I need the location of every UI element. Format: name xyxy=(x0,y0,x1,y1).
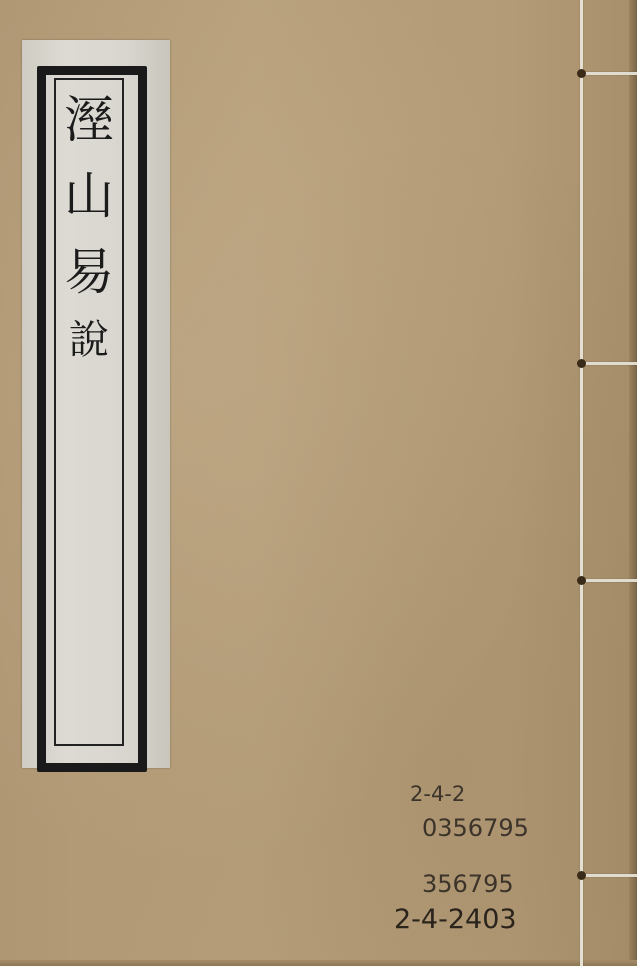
binding-thread-1 xyxy=(582,72,637,75)
stitch-hole-2 xyxy=(577,359,586,368)
title-char-4: 說 xyxy=(69,310,109,370)
title-char-1: 溼 xyxy=(64,82,114,158)
cover-right-edge xyxy=(629,0,637,966)
title-char-2: 山 xyxy=(64,158,114,234)
title-char-3: 易 xyxy=(64,234,114,310)
stitch-hole-3 xyxy=(577,576,586,585)
cover-bottom-edge xyxy=(0,960,637,966)
binding-thread-vertical xyxy=(580,0,583,966)
note-number: 356795 xyxy=(422,870,514,898)
note-call-number: 2-4-2403 xyxy=(394,904,517,935)
binding-thread-2 xyxy=(582,362,637,365)
book-title: 溼 山 易 說 xyxy=(60,82,118,370)
binding-thread-3 xyxy=(582,579,637,582)
stitch-hole-4 xyxy=(577,871,586,880)
stitch-hole-1 xyxy=(577,69,586,78)
binding-thread-4 xyxy=(582,874,637,877)
note-accession-number: 0356795 xyxy=(422,814,529,842)
note-shelf-code: 2-4-2 xyxy=(410,782,465,806)
